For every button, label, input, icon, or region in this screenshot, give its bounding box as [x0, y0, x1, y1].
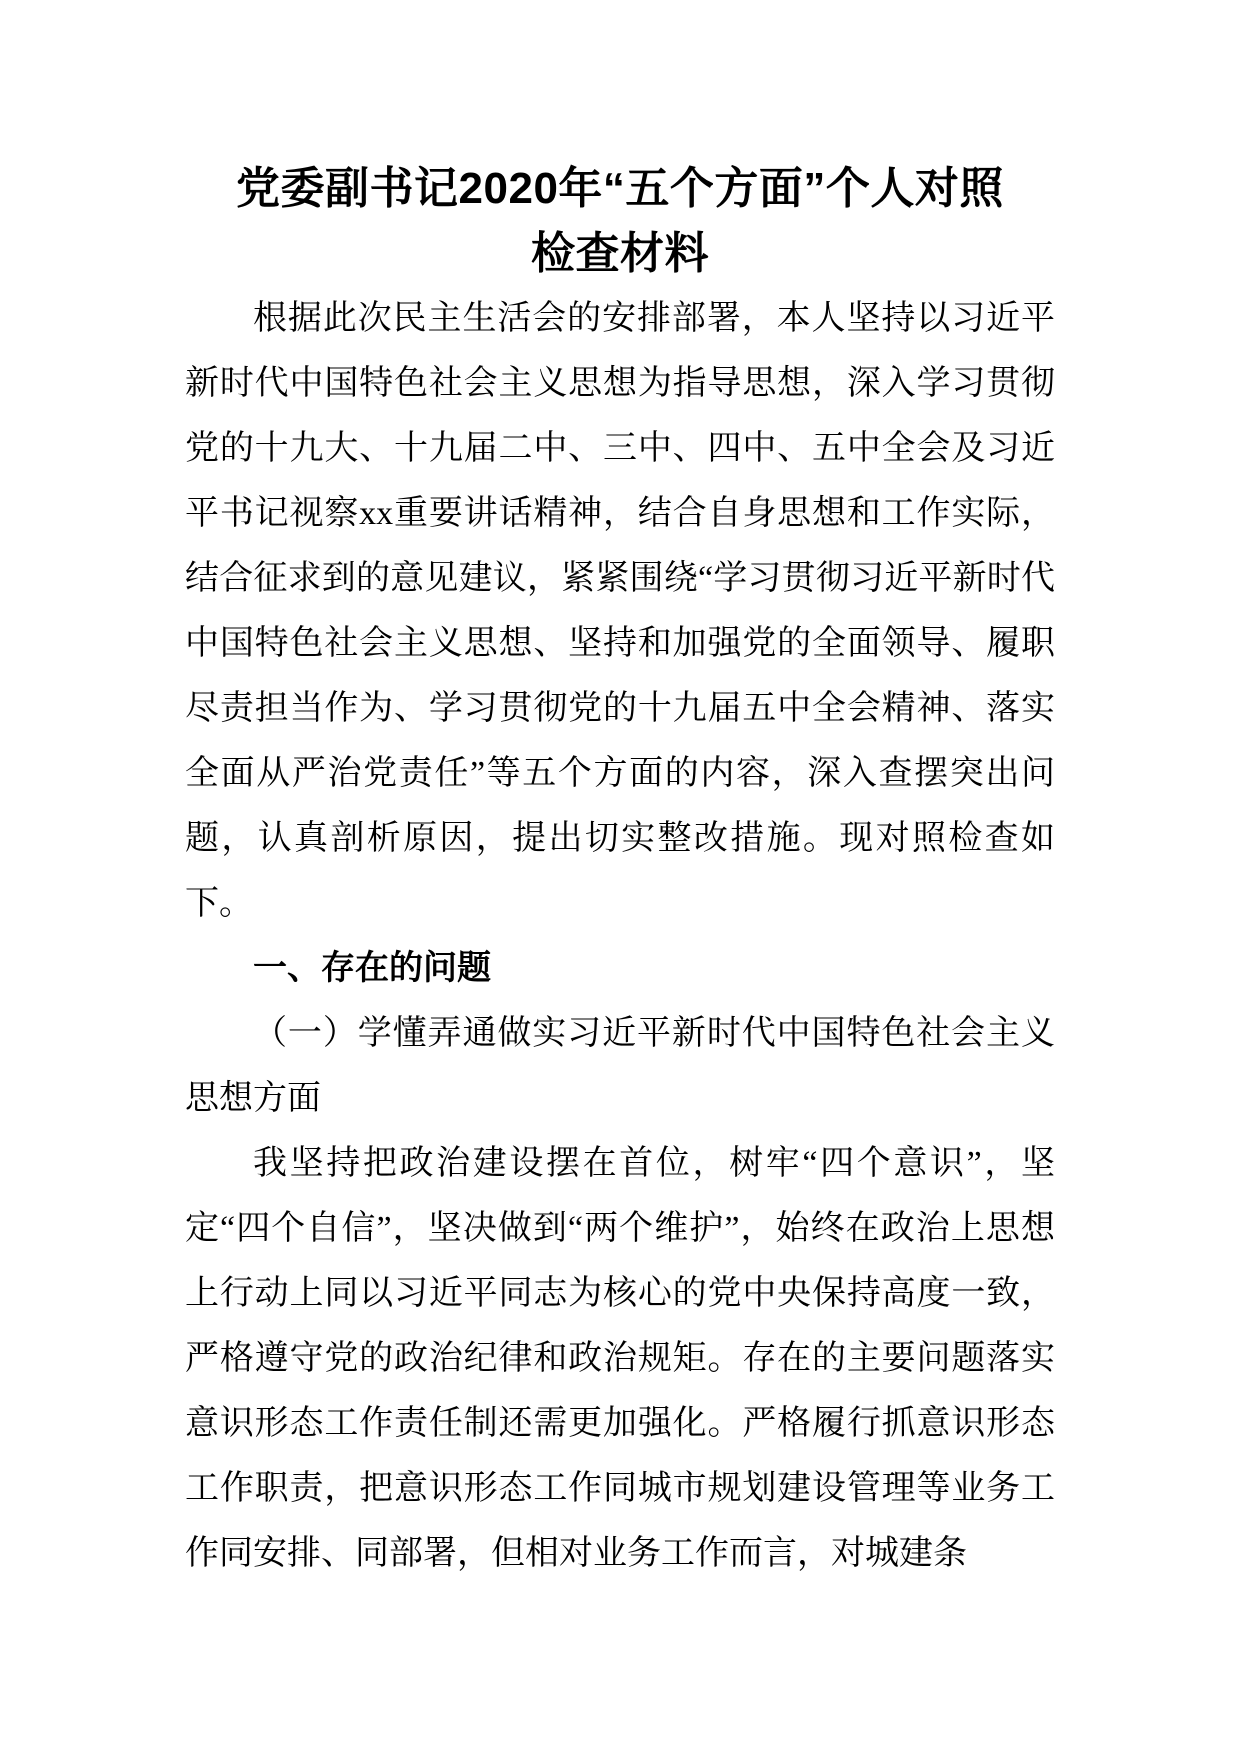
paragraph-body-one: 我坚持把政治建设摆在首位，树牢“四个意识”，坚定“四个自信”，坚决做到“两个维护…: [185, 1131, 1055, 1586]
subsection-heading-one: （一）学懂弄通做实习近平新时代中国特色社会主义思想方面: [185, 1001, 1055, 1131]
document-title-line-2: 检查材料: [531, 229, 709, 278]
section-heading-existing-problems: 一、存在的问题: [185, 936, 1055, 1001]
paragraph-opening: 根据此次民主生活会的安排部署，本人坚持以习近平新时代中国特色社会主义思想为指导思…: [185, 286, 1055, 936]
document-page: 党委副书记2020年“五个方面”个人对照 检查材料 根据此次民主生活会的安排部署…: [0, 0, 1240, 1754]
document-title: 党委副书记2020年“五个方面”个人对照 检查材料: [185, 156, 1055, 286]
document-title-line-1: 党委副书记2020年“五个方面”个人对照: [236, 164, 1004, 213]
